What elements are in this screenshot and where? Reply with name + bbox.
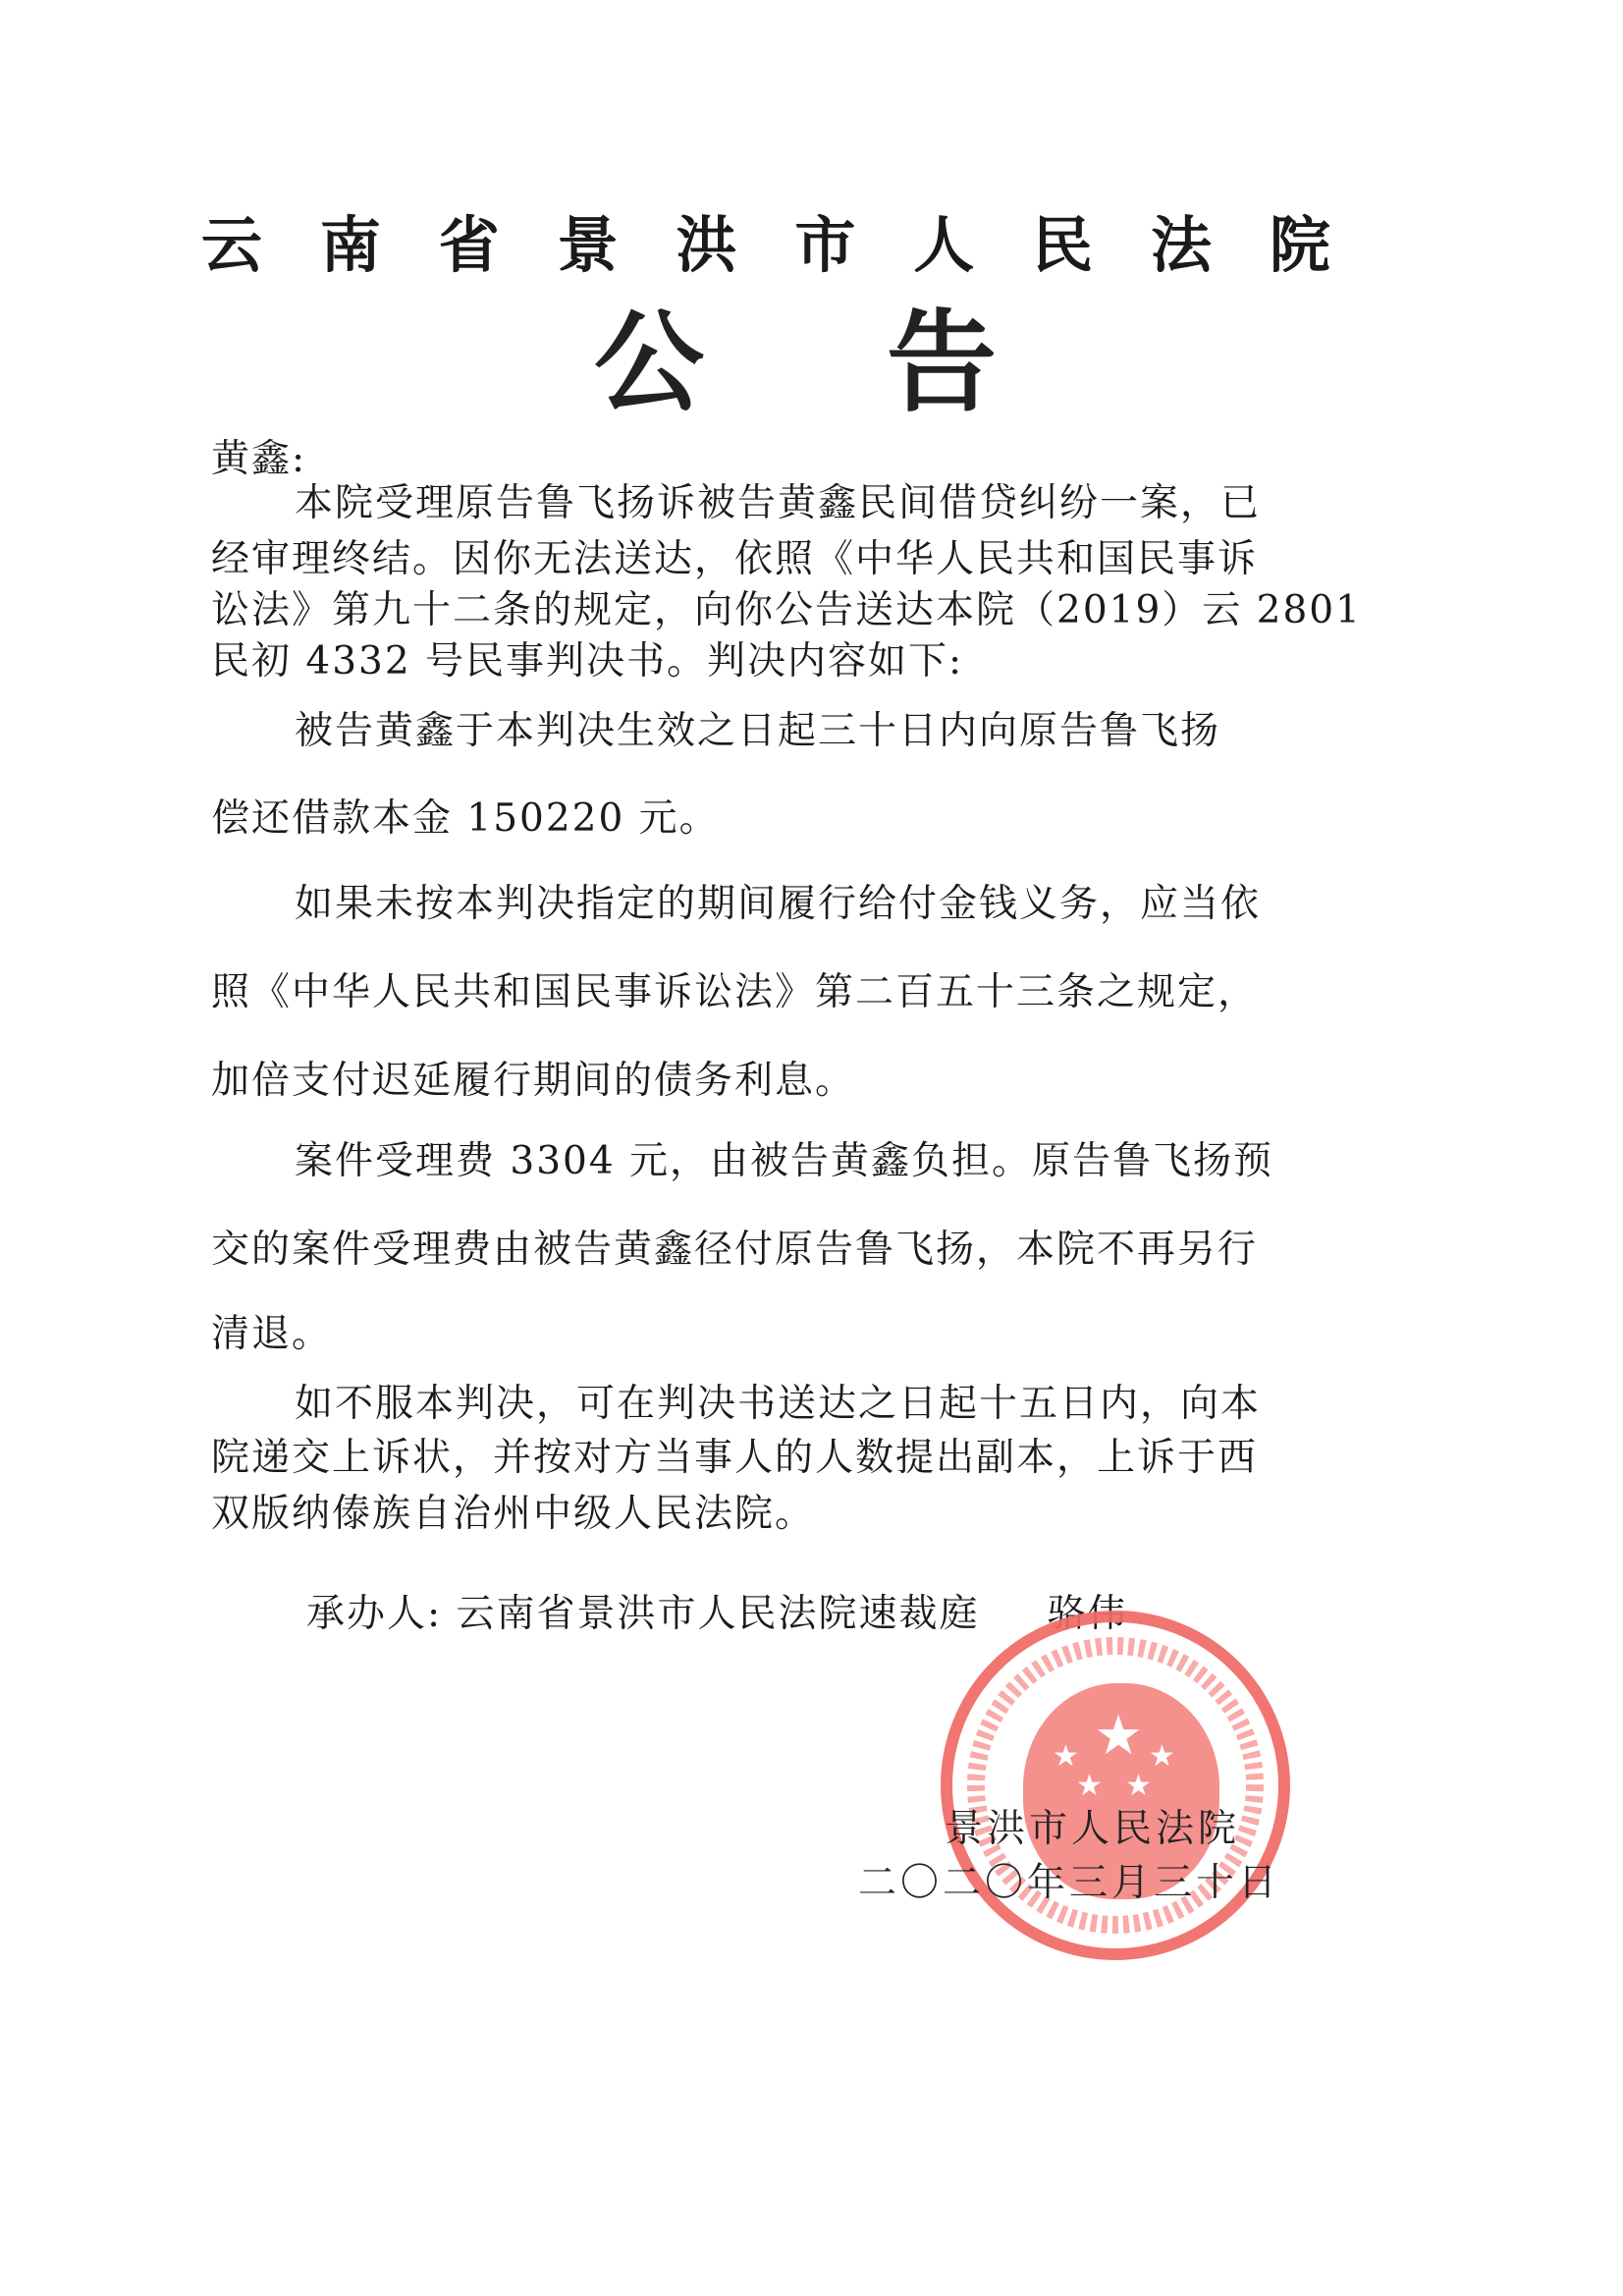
fee-line: 交的案件受理费由被告黄鑫径付原告鲁飞扬，本院不再另行 xyxy=(211,1228,1258,1273)
heading-char: 市 xyxy=(794,211,855,280)
heading-char: 景 xyxy=(558,211,619,280)
body-line: 经审理终结。因你无法送达，依照《中华人民共和国民事诉 xyxy=(211,537,1258,582)
document-type-heading: 公 告 xyxy=(594,304,997,422)
issuer-name: 景洪市人民法院 xyxy=(945,1807,1240,1852)
judgment-line: 加倍支付迟延履行期间的债务利息。 xyxy=(211,1059,855,1104)
heading-char: 法 xyxy=(1151,211,1212,280)
heading-char: 人 xyxy=(913,211,974,280)
star-icon: ★ xyxy=(1053,1742,1079,1772)
judgment-line: 偿还借款本金 150220 元。 xyxy=(211,796,720,842)
appeal-line: 双版纳傣族自治州中级人民法院。 xyxy=(211,1492,815,1537)
heading-char: 南 xyxy=(320,211,381,280)
judgment-line: 照《中华人民共和国民事诉讼法》第二百五十三条之规定， xyxy=(211,970,1258,1015)
appeal-line: 院递交上诉状，并按对方当事人的人数提出副本，上诉于西 xyxy=(211,1436,1258,1481)
star-icon: ★ xyxy=(1149,1742,1175,1772)
document-page: 云 南 省 景 洪 市 人 民 法 院 公 告 黄鑫: 本院受理原告鲁飞扬诉被告… xyxy=(0,0,1623,2296)
fee-line: 清退。 xyxy=(211,1312,332,1357)
body-line: 民初 4332 号民事判决书。判决内容如下: xyxy=(211,639,963,684)
judgment-line: 如果未按本判决指定的期间履行给付金钱义务，应当依 xyxy=(295,882,1261,927)
body-line: 本院受理原告鲁飞扬诉被告黄鑫民间借贷纠纷一案，已 xyxy=(295,481,1261,526)
doc-type-char: 告 xyxy=(887,304,997,422)
heading-char: 省 xyxy=(439,211,500,280)
court-seal: ★ ★ ★ ★ ★ xyxy=(941,1611,1290,1960)
fee-line: 案件受理费 3304 元，由被告黄鑫负担。原告鲁飞扬预 xyxy=(295,1139,1273,1184)
doc-type-char: 公 xyxy=(594,304,704,422)
heading-char: 云 xyxy=(201,211,262,280)
heading-char: 院 xyxy=(1270,211,1330,280)
star-icon: ★ xyxy=(1076,1772,1103,1801)
body-line: 讼法》第九十二条的规定，向你公告送达本院（2019）云 2801 xyxy=(211,588,1362,633)
handler-department: 云南省景洪市人民法院速裁庭 xyxy=(457,1592,980,1636)
addressee: 黄鑫: xyxy=(211,437,306,482)
appeal-line: 如不服本判决，可在判决书送达之日起十五日内，向本 xyxy=(295,1382,1261,1427)
heading-char: 民 xyxy=(1032,211,1093,280)
court-name-heading: 云 南 省 景 洪 市 人 民 法 院 xyxy=(201,211,1330,280)
judgment-line: 被告黄鑫于本判决生效之日起三十日内向原告鲁飞扬 xyxy=(295,709,1220,754)
heading-char: 洪 xyxy=(676,211,737,280)
star-icon: ★ xyxy=(1125,1772,1152,1801)
handler-label: 承办人: xyxy=(306,1592,442,1636)
star-icon: ★ xyxy=(1094,1709,1143,1764)
issue-date: 二〇二〇年三月三十日 xyxy=(858,1861,1280,1906)
